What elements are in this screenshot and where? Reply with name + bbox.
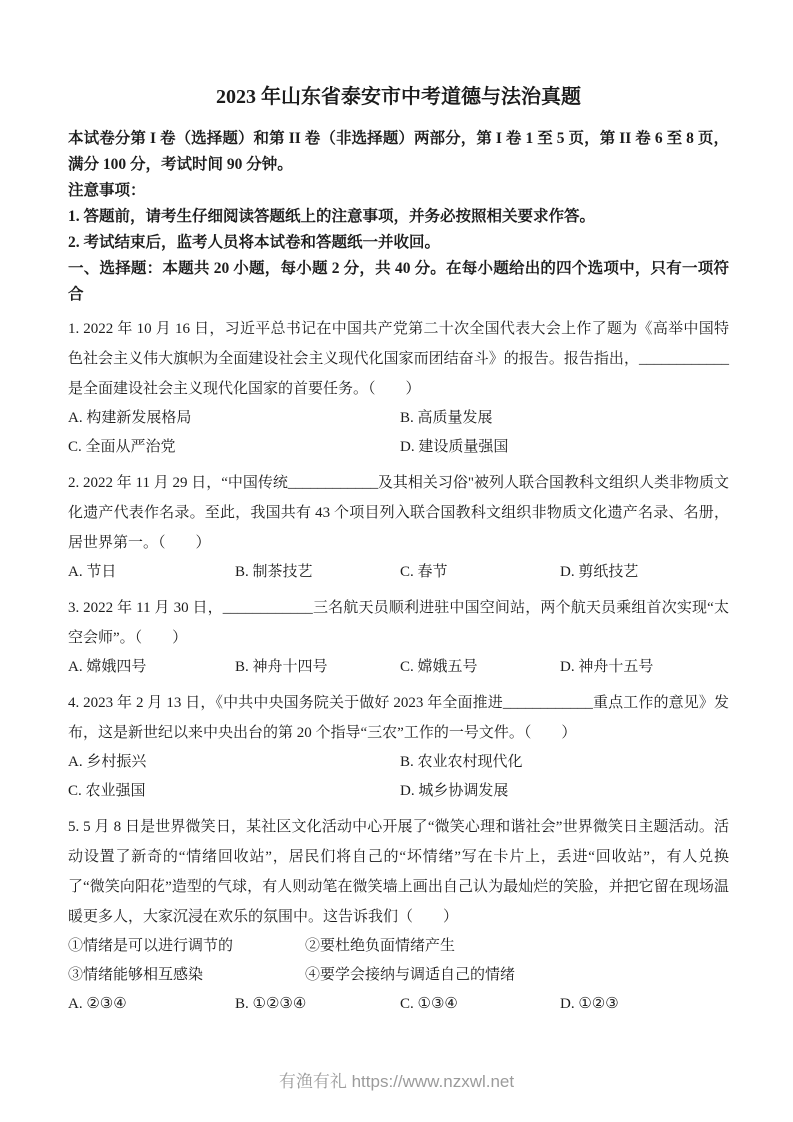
option-a: A. 构建新发展格局 [68, 404, 400, 433]
page-title: 2023 年山东省泰安市中考道德与法治真题 [68, 84, 729, 110]
option-d: D. 城乡协调发展 [400, 777, 508, 806]
question-5-stem: 5. 5 月 8 日是世界微笑日，某社区文化活动中心开展了“微笑心理和谐社会”世… [68, 812, 729, 932]
sub-statement-4: ④要学会接纳与调适自己的情绪 [305, 961, 515, 990]
sub-statement-2: ②要杜绝负面情绪产生 [305, 932, 455, 961]
sub-statement-1: ①情绪是可以进行调节的 [68, 932, 305, 961]
notice-title: 注意事项： [68, 178, 729, 204]
question-1-options-row-2: C. 全面从严治党 D. 建设质量强国 [68, 433, 729, 462]
exam-intro: 本试卷分第 I 卷（选择题）和第 II 卷（非选择题）两部分，第 I 卷 1 至… [68, 126, 729, 178]
question-3-stem: 3. 2022 年 11 月 30 日，____________三名航天员顺利进… [68, 593, 729, 653]
option-d: D. 剪纸技艺 [560, 558, 638, 587]
question-5-substatements-row-1: ①情绪是可以进行调节的 ②要杜绝负面情绪产生 [68, 932, 729, 961]
question-3-options-row: A. 嫦娥四号 B. 神舟十四号 C. 嫦娥五号 D. 神舟十五号 [68, 653, 729, 682]
question-2: 2. 2022 年 11 月 29 日，“中国传统____________及其相… [68, 468, 729, 587]
exam-document-page: 2023 年山东省泰安市中考道德与法治真题 本试卷分第 I 卷（选择题）和第 I… [0, 0, 793, 1122]
option-c: C. 春节 [400, 558, 560, 587]
question-5-options-row: A. ②③④ B. ①②③④ C. ①③④ D. ①②③ [68, 990, 729, 1019]
question-4-options-row-2: C. 农业强国 D. 城乡协调发展 [68, 777, 729, 806]
option-c: C. 全面从严治党 [68, 433, 400, 462]
option-b: B. 农业农村现代化 [400, 748, 523, 777]
footer-text: 有渔有礼 https://www.nzxwl.net [0, 1067, 793, 1092]
option-c: C. 农业强国 [68, 777, 400, 806]
question-1-stem: 1. 2022 年 10 月 16 日，习近平总书记在中国共产党第二十次全国代表… [68, 314, 729, 404]
option-c: C. 嫦娥五号 [400, 653, 560, 682]
option-b: B. 制茶技艺 [235, 558, 400, 587]
option-d: D. 建设质量强国 [400, 433, 508, 462]
option-d: D. ①②③ [560, 990, 619, 1019]
sub-statement-3: ③情绪能够相互感染 [68, 961, 305, 990]
question-4: 4. 2023 年 2 月 13 日，《中共中央国务院关于做好 2023 年全面… [68, 688, 729, 806]
question-5: 5. 5 月 8 日是世界微笑日，某社区文化活动中心开展了“微笑心理和谐社会”世… [68, 812, 729, 1019]
question-4-options-row-1: A. 乡村振兴 B. 农业农村现代化 [68, 748, 729, 777]
question-5-substatements-row-2: ③情绪能够相互感染 ④要学会接纳与调适自己的情绪 [68, 961, 729, 990]
question-1: 1. 2022 年 10 月 16 日，习近平总书记在中国共产党第二十次全国代表… [68, 314, 729, 462]
question-2-options-row: A. 节日 B. 制茶技艺 C. 春节 D. 剪纸技艺 [68, 558, 729, 587]
option-b: B. 高质量发展 [400, 404, 493, 433]
option-a: A. ②③④ [68, 990, 235, 1019]
notice-item-2: 2. 考试结束后，监考人员将本试卷和答题纸一并收回。 [68, 230, 729, 256]
question-3: 3. 2022 年 11 月 30 日，____________三名航天员顺利进… [68, 593, 729, 682]
section-heading: 一、选择题：本题共 20 小题，每小题 2 分，共 40 分。在每小题给出的四个… [68, 256, 729, 308]
option-b: B. 神舟十四号 [235, 653, 400, 682]
document-content: 2023 年山东省泰安市中考道德与法治真题 本试卷分第 I 卷（选择题）和第 I… [68, 84, 729, 1019]
option-d: D. 神舟十五号 [560, 653, 653, 682]
option-a: A. 乡村振兴 [68, 748, 400, 777]
option-c: C. ①③④ [400, 990, 560, 1019]
question-2-stem: 2. 2022 年 11 月 29 日，“中国传统____________及其相… [68, 468, 729, 558]
question-4-stem: 4. 2023 年 2 月 13 日，《中共中央国务院关于做好 2023 年全面… [68, 688, 729, 748]
option-b: B. ①②③④ [235, 990, 400, 1019]
question-1-options-row-1: A. 构建新发展格局 B. 高质量发展 [68, 404, 729, 433]
option-a: A. 节日 [68, 558, 235, 587]
option-a: A. 嫦娥四号 [68, 653, 235, 682]
notice-item-1: 1. 答题前，请考生仔细阅读答题纸上的注意事项，并务必按照相关要求作答。 [68, 204, 729, 230]
